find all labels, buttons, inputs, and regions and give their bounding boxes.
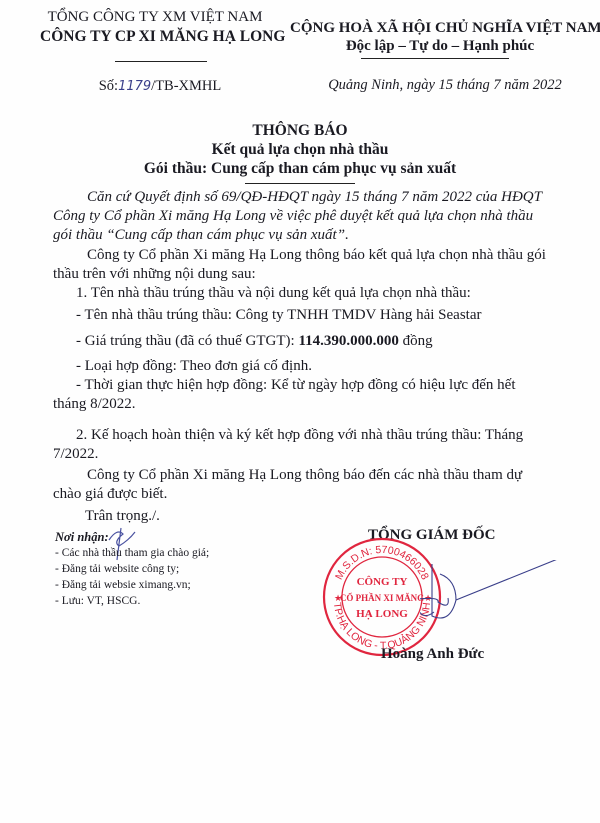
section-2: 2. Kế hoạch hoàn thiện và ký kết hợp đồn…: [76, 427, 523, 444]
price-value: 114.390.000.000: [298, 333, 398, 349]
handwritten-number: 1179: [118, 79, 151, 94]
contract-type: - Loại hợp đồng: Theo đơn giá cố định.: [76, 358, 312, 375]
svg-text:HẠ LONG: HẠ LONG: [356, 608, 408, 620]
document-title: THÔNG BÁO: [0, 122, 600, 140]
basis-line: gói thầu “Cung cấp than cám phục vụ sản …: [53, 227, 349, 244]
basis-line: Căn cứ Quyết định số 69/QĐ-HĐQT ngày 15 …: [87, 189, 542, 206]
recipient-item: - Đăng tải website công ty;: [55, 563, 179, 575]
contract-duration-cont: tháng 8/2022.: [53, 396, 136, 413]
recipient-item: - Đăng tải websie ximang.vn;: [55, 579, 191, 591]
svg-text:CÔNG TY: CÔNG TY: [357, 575, 408, 588]
national-title: CỘNG HOÀ XÃ HỘI CHỦ NGHĨA VIỆT NAM: [290, 20, 590, 37]
basis-line: Công ty Cổ phần Xi măng Hạ Long về việc …: [53, 208, 533, 225]
document-subtitle: Kết quả lựa chọn nhà thầu: [0, 141, 600, 159]
contract-duration: - Thời gian thực hiện hợp đồng: Kể từ ng…: [76, 377, 516, 394]
recipients-label: Nơi nhận:: [55, 530, 109, 545]
recipient-item: - Lưu: VT, HSCG.: [55, 595, 140, 607]
handwritten-signature: [420, 560, 580, 630]
section-2-cont: 7/2022.: [53, 446, 98, 463]
place-date: Quảng Ninh, ngày 15 tháng 7 năm 2022: [300, 77, 590, 94]
winning-price: - Giá trúng thầu (đã có thuế GTGT): 114.…: [76, 333, 433, 350]
header-left-underline: [115, 61, 207, 62]
recipient-item: - Các nhà thầu tham gia chào giá;: [55, 547, 209, 559]
closing: Trân trọng./.: [85, 508, 160, 525]
document-page: TỔNG CÔNG TY XM VIỆT NAM CÔNG TY CP XI M…: [0, 0, 600, 823]
winner-name: - Tên nhà thầu trúng thầu: Công ty TNHH …: [76, 307, 482, 324]
package-name: Gói thầu: Cung cấp than cám phục vụ sản …: [0, 160, 600, 178]
notice-line: chào giá được biết.: [53, 486, 167, 503]
intro-line: Công ty Cổ phần Xi măng Hạ Long thông bá…: [87, 247, 546, 264]
company-name: CÔNG TY CP XI MĂNG HẠ LONG: [40, 28, 270, 46]
notice-line: Công ty Cổ phần Xi măng Hạ Long thông bá…: [87, 467, 522, 484]
svg-text:CỔ PHẦN XI MĂNG: CỔ PHẦN XI MĂNG: [340, 593, 424, 603]
document-number: Số:1179/TB-XMHL: [60, 78, 260, 95]
section-1-title: 1. Tên nhà thầu trúng thầu và nội dung k…: [76, 285, 471, 302]
header-right-underline: [361, 58, 509, 59]
signer-name: Hoàng Anh Đức: [381, 646, 484, 663]
parent-company: TỔNG CÔNG TY XM VIỆT NAM: [40, 9, 270, 26]
intro-line: thầu trên với những nội dung sau:: [53, 266, 256, 283]
national-motto: Độc lập – Tự do – Hạnh phúc: [290, 38, 590, 55]
title-underline: [245, 183, 355, 184]
